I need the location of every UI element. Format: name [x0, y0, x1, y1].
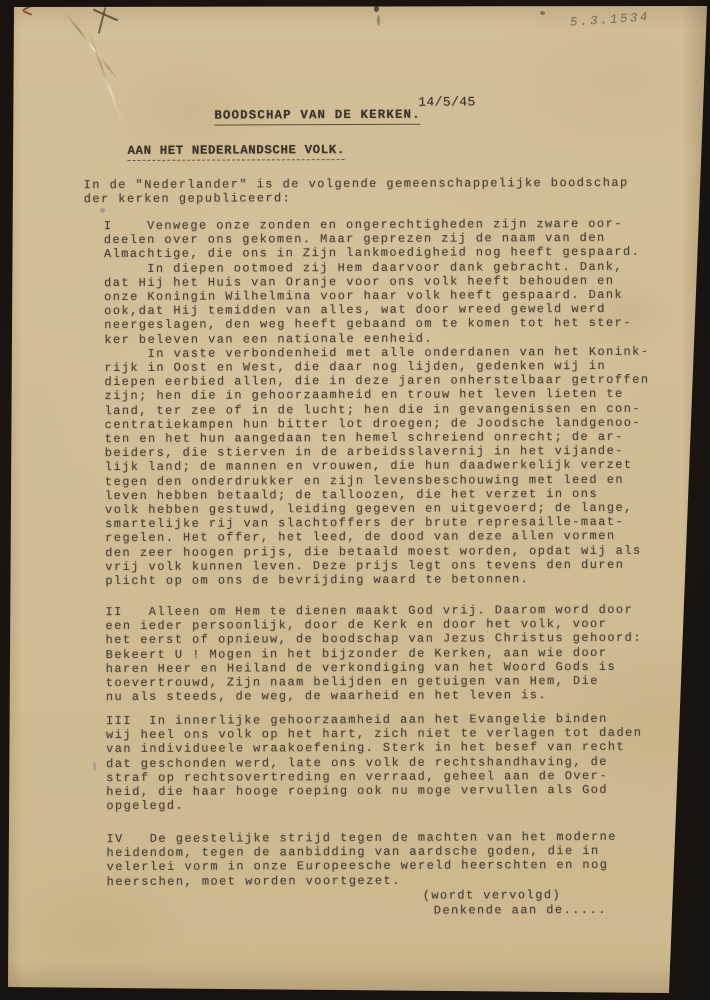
paragraph-one: I Venwege onze zonden en ongerechtighede…	[104, 217, 651, 589]
intro-text: In de "Nederlander" is de volgende gemee…	[84, 176, 629, 207]
paragraph-four: IV De geestelijke strijd tegen de machte…	[106, 830, 617, 889]
document-subtitle: AAN HET NEDERLANDSCHE VOLK.	[127, 143, 344, 161]
typed-content: BOODSCHAP VAN DE KERKEN. 14/5/45 AAN HET…	[0, 0, 710, 1000]
paper-sheet: 5.3.1534 BOODSCHAP VAN DE KERKEN. 14/5/4…	[0, 0, 710, 1000]
closing-note: (wordt vervolgd)	[423, 888, 561, 903]
closing-line: Denkende aan de.....	[434, 903, 607, 918]
document-date: 14/5/45	[418, 95, 475, 109]
document-title: BOODSCHAP VAN DE KERKEN.	[214, 108, 421, 126]
paragraph-two: II Alleen om Hem te dienen maakt God vri…	[105, 603, 642, 705]
scanned-document-page: 5.3.1534 BOODSCHAP VAN DE KERKEN. 14/5/4…	[0, 0, 710, 1000]
paragraph-three: III In innerlijke gehoorzaamheid aan het…	[106, 712, 643, 814]
